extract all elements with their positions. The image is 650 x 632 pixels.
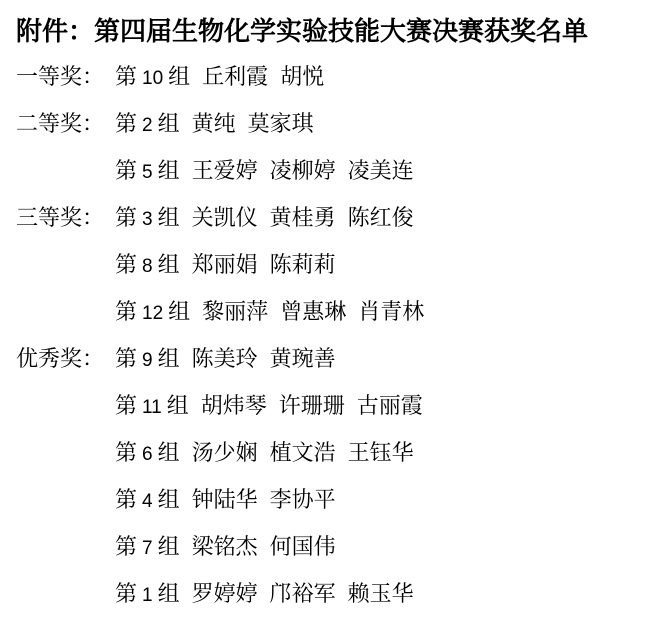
group-line: 第3组关凯仪黄桂勇陈红俊 (115, 195, 414, 242)
award-row: 第1组罗婷婷邝裕军赖玉华 (16, 571, 640, 618)
document-title: 附件：第四届生物化学实验技能大赛决赛获奖名单 (16, 9, 640, 54)
group-suffix-text: 组 (158, 487, 180, 512)
group-suffix-text: 组 (168, 64, 190, 89)
group-suffix-text: 组 (167, 393, 189, 418)
group-prefix-text: 第 (115, 205, 137, 230)
award-label: 二等奖： (16, 101, 115, 146)
winner-name: 凌柳婷 (270, 158, 336, 183)
winner-name: 陈红俊 (348, 205, 414, 230)
group-line: 第1组罗婷婷邝裕军赖玉华 (115, 571, 414, 618)
group-prefix-text: 第 (115, 534, 137, 559)
group-prefix-text: 第 (115, 487, 137, 512)
winner-name: 邝裕军 (270, 581, 336, 606)
award-list-document: 附件：第四届生物化学实验技能大赛决赛获奖名单 一等奖：第10组丘利霞胡悦二等奖：… (0, 0, 650, 618)
group-number: 9 (142, 350, 153, 371)
award-label: 三等奖： (16, 195, 115, 240)
group-line: 第11组胡炜琴许珊珊古丽霞 (115, 383, 423, 430)
group-number: 6 (142, 444, 153, 465)
award-label: 优秀奖： (16, 336, 115, 381)
group-prefix-text: 第 (115, 158, 137, 183)
award-row: 优秀奖：第9组陈美玲黄琬善 (16, 336, 640, 383)
winner-name: 胡悦 (280, 64, 324, 89)
group-prefix-text: 第 (115, 581, 137, 606)
group-prefix-text: 第 (115, 111, 137, 136)
winner-name: 赖玉华 (348, 581, 414, 606)
award-row: 二等奖：第2组黄纯莫家琪 (16, 101, 640, 148)
group-line: 第8组郑丽娟陈莉莉 (115, 242, 336, 289)
group-prefix-text: 第 (115, 393, 137, 418)
award-rows: 一等奖：第10组丘利霞胡悦二等奖：第2组黄纯莫家琪第5组王爱婷凌柳婷凌美连三等奖… (16, 54, 640, 618)
winner-name: 曾惠琳 (280, 299, 346, 324)
group-line: 第4组钟陆华李协平 (115, 477, 336, 524)
award-row: 第6组汤少娴植文浩王钰华 (16, 430, 640, 477)
group-number: 7 (142, 538, 153, 559)
group-line: 第5组王爱婷凌柳婷凌美连 (115, 148, 414, 195)
award-row: 第5组王爱婷凌柳婷凌美连 (16, 148, 640, 195)
winner-name: 莫家琪 (248, 111, 314, 136)
group-number: 1 (142, 585, 153, 606)
group-line: 第12组黎丽萍曾惠琳肖青林 (115, 289, 424, 336)
winner-name: 胡炜琴 (201, 393, 267, 418)
group-number: 2 (142, 115, 153, 136)
group-suffix-text: 组 (158, 205, 180, 230)
winner-name: 李协平 (270, 487, 336, 512)
group-line: 第10组丘利霞胡悦 (115, 54, 324, 101)
group-suffix-text: 组 (158, 534, 180, 559)
winner-name: 陈莉莉 (270, 252, 336, 277)
award-row: 第11组胡炜琴许珊珊古丽霞 (16, 383, 640, 430)
award-row: 一等奖：第10组丘利霞胡悦 (16, 54, 640, 101)
group-line: 第6组汤少娴植文浩王钰华 (115, 430, 414, 477)
group-prefix-text: 第 (115, 252, 137, 277)
award-row: 第8组郑丽娟陈莉莉 (16, 242, 640, 289)
winner-name: 黄琬善 (270, 346, 336, 371)
group-number: 5 (142, 162, 153, 183)
winner-name: 何国伟 (270, 534, 336, 559)
group-suffix-text: 组 (158, 252, 180, 277)
winner-name: 王爱婷 (192, 158, 258, 183)
group-prefix-text: 第 (115, 299, 137, 324)
winner-name: 梁铭杰 (192, 534, 258, 559)
group-suffix-text: 组 (158, 158, 180, 183)
group-prefix-text: 第 (115, 440, 137, 465)
winner-name: 关凯仪 (192, 205, 258, 230)
winner-name: 黎丽萍 (202, 299, 268, 324)
award-row: 第7组梁铭杰何国伟 (16, 524, 640, 571)
winner-name: 钟陆华 (192, 487, 258, 512)
group-suffix-text: 组 (168, 299, 190, 324)
group-prefix-text: 第 (115, 346, 137, 371)
group-suffix-text: 组 (158, 111, 180, 136)
group-line: 第2组黄纯莫家琪 (115, 101, 314, 148)
group-number: 4 (142, 491, 153, 512)
group-suffix-text: 组 (158, 440, 180, 465)
winner-name: 郑丽娟 (192, 252, 258, 277)
winner-name: 丘利霞 (202, 64, 268, 89)
group-line: 第7组梁铭杰何国伟 (115, 524, 336, 571)
winner-name: 古丽霞 (357, 393, 423, 418)
group-number: 8 (142, 256, 153, 277)
winner-name: 植文浩 (270, 440, 336, 465)
winner-name: 黄纯 (192, 111, 236, 136)
group-suffix-text: 组 (158, 346, 180, 371)
winner-name: 黄桂勇 (270, 205, 336, 230)
award-row: 三等奖：第3组关凯仪黄桂勇陈红俊 (16, 195, 640, 242)
winner-name: 罗婷婷 (192, 581, 258, 606)
award-row: 第4组钟陆华李协平 (16, 477, 640, 524)
winner-name: 肖青林 (358, 299, 424, 324)
group-number: 12 (142, 303, 163, 324)
group-number: 10 (142, 68, 163, 89)
group-prefix-text: 第 (115, 64, 137, 89)
award-row: 第12组黎丽萍曾惠琳肖青林 (16, 289, 640, 336)
winner-name: 汤少娴 (192, 440, 258, 465)
winner-name: 陈美玲 (192, 346, 258, 371)
winner-name: 凌美连 (348, 158, 414, 183)
group-suffix-text: 组 (158, 581, 180, 606)
group-number: 3 (142, 209, 153, 230)
winner-name: 王钰华 (348, 440, 414, 465)
document-page: 附件：第四届生物化学实验技能大赛决赛获奖名单 一等奖：第10组丘利霞胡悦二等奖：… (0, 0, 650, 632)
group-number: 11 (142, 397, 162, 418)
winner-name: 许珊珊 (279, 393, 345, 418)
award-label: 一等奖： (16, 54, 115, 99)
group-line: 第9组陈美玲黄琬善 (115, 336, 336, 383)
